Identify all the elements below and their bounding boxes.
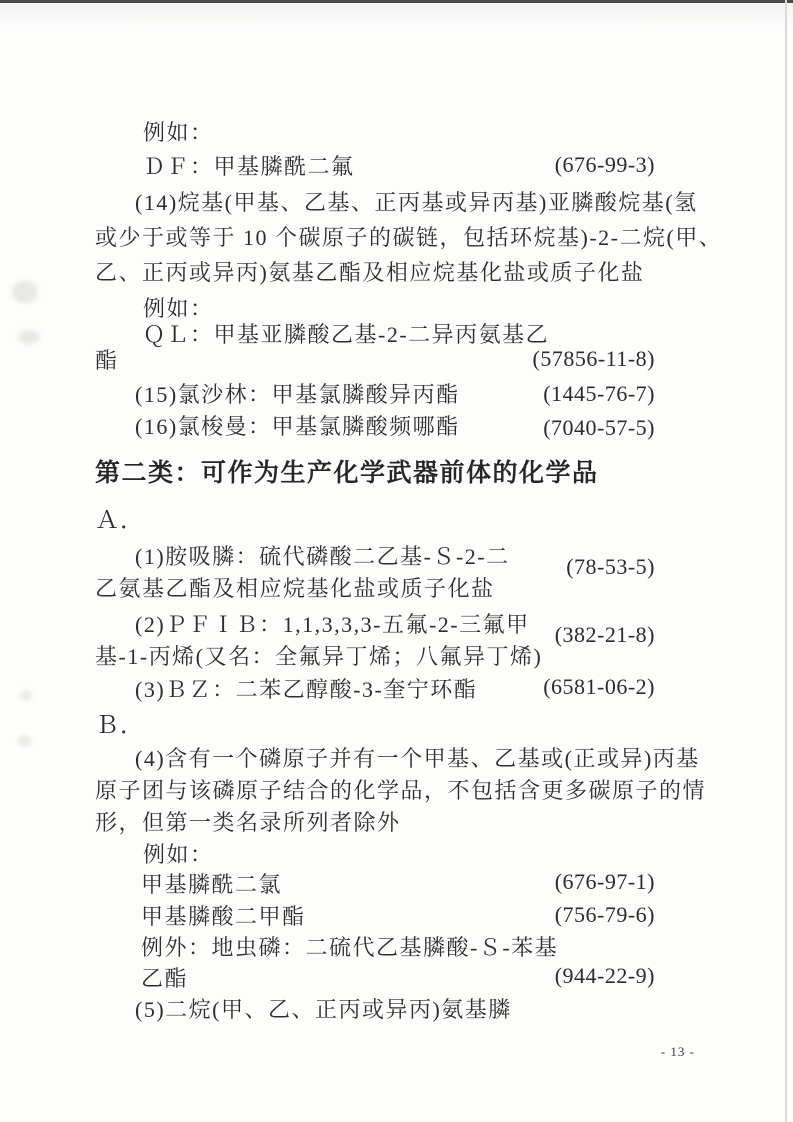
scan-smudge bbox=[12, 281, 38, 303]
text-line-exception-cont: 乙酯 bbox=[141, 962, 188, 993]
text-line-example-label: 例如： bbox=[143, 116, 214, 147]
text-line-chemical: 甲基膦酰二氯 bbox=[141, 868, 282, 899]
text-line-item-3: (3)ＢＺ：二苯乙醇酸-3-奎宁环酯 bbox=[135, 673, 477, 704]
section-heading: 第二类：可作为生产化学武器前体的化学品 bbox=[95, 453, 599, 489]
cas-number: (676-99-3) bbox=[555, 152, 655, 178]
text-line-item-1-cont: 乙氨基乙酯及相应烷基化盐或质子化盐 bbox=[95, 572, 495, 603]
text-line-chemical: ＤＦ：甲基膦酰二氟 bbox=[143, 150, 355, 181]
text-line-item-5: (5)二烷(甲、乙、正丙或异丙)氨基膦 bbox=[135, 993, 512, 1024]
cas-number: (57856-11-8) bbox=[533, 346, 656, 372]
cas-number: (676-97-1) bbox=[555, 869, 655, 895]
scan-smudge bbox=[18, 735, 31, 747]
cas-number: (756-79-6) bbox=[555, 902, 655, 928]
text-line-item-1: (1)胺吸膦：硫代磷酸二乙基-Ｓ-2-二 bbox=[135, 540, 510, 571]
text-line-item-2-cont: 基-1-丙烯(又名：全氟异丁烯；八氟异丁烯) bbox=[95, 640, 542, 671]
text-line-item-14: (14)烷基(甲基、乙基、正丙基或异丙基)亚膦酸烷基(氢 bbox=[135, 186, 698, 217]
scan-top-shade bbox=[0, 3, 793, 33]
text-line-item-4-cont: 原子团与该磷原子结合的化学品，不包括含更多碳原子的情 bbox=[95, 774, 706, 805]
page-number: - 13 - bbox=[661, 1044, 695, 1060]
scan-smudge bbox=[18, 330, 40, 344]
text-line-chemical-cont: 酯 bbox=[95, 344, 119, 375]
text-line-item-16: (16)氯梭曼：甲基氯膦酸频哪酯 bbox=[135, 410, 460, 441]
text-line-chemical: 甲基膦酸二甲酯 bbox=[141, 900, 306, 931]
document-page: 例如： ＤＦ：甲基膦酰二氟 (676-99-3) (14)烷基(甲基、乙基、正丙… bbox=[0, 0, 793, 1122]
text-line-item-15: (15)氯沙林：甲基氯膦酸异丙酯 bbox=[135, 378, 460, 409]
scan-smudge bbox=[20, 690, 32, 701]
text-line-item-2: (2)ＰＦＩＢ：1,1,3,3,3-五氟-2-三氟甲 bbox=[135, 608, 530, 639]
cas-number: (7040-57-5) bbox=[543, 415, 655, 441]
text-line-exception: 例外：地虫磷：二硫代乙基膦酸-Ｓ-苯基 bbox=[141, 931, 558, 962]
text-line-item-4: (4)含有一个磷原子并有一个甲基、乙基或(正或异)丙基 bbox=[135, 742, 700, 773]
text-line-chemical: ＱＬ：甲基亚膦酸乙基-2-二异丙氨基乙 bbox=[143, 318, 549, 349]
text-line-example-label: 例如： bbox=[143, 838, 214, 869]
cas-number: (6581-06-2) bbox=[543, 674, 655, 700]
cas-number: (944-22-9) bbox=[555, 963, 655, 989]
text-line-item-14-cont: 乙、正丙或异丙)氨基乙酯及相应烷基化盐或质子化盐 bbox=[95, 256, 644, 287]
group-a-label: Ａ． bbox=[95, 500, 145, 535]
cas-number: (382-21-8) bbox=[555, 622, 655, 648]
cas-number: (1445-76-7) bbox=[543, 381, 655, 407]
group-b-label: Ｂ． bbox=[95, 705, 145, 740]
scan-right-edge bbox=[785, 0, 787, 1122]
text-line-item-4-cont: 形，但第一类名录所列者除外 bbox=[95, 806, 401, 837]
text-line-item-14-cont: 或少于或等于 10 个碳原子的碳链，包括环烷基)-2-二烷(甲、 bbox=[95, 221, 722, 252]
cas-number: (78-53-5) bbox=[566, 554, 655, 580]
